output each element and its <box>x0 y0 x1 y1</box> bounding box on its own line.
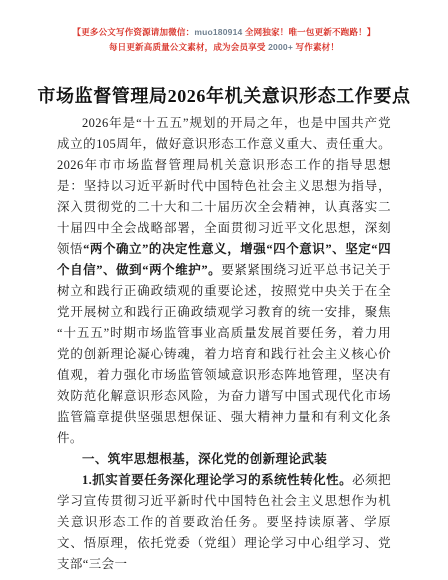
document-page: 【更多公文写作资源请加微信：muo180914 全网独家！唯一包更新不跑路！】 … <box>0 25 448 575</box>
header-notice: 【更多公文写作资源请加微信：muo180914 全网独家！唯一包更新不跑路！】 … <box>0 25 448 54</box>
document-title: 市场监督管理局2026年机关意识形态工作要点 <box>0 84 448 108</box>
notice-line-2-tail: 写作素材！ <box>293 42 339 52</box>
section-heading-1: 一、筑牢思想根基，深化党的创新理论武装 <box>57 449 391 470</box>
paragraph-intro: 2026年是“十五五”规划的开局之年，也是中国共产党成立的105周年，做好意识形… <box>57 113 391 449</box>
page-number: 1 <box>0 540 448 550</box>
notice-line-2-text: 每日更新高质量公文素材，成为会员享受 <box>109 42 268 52</box>
wechat-id: muo180914 <box>194 27 242 37</box>
paragraph-point-1: 1.抓实首要任务深化理论学习的系统性转化性。必须把学习宣传贯彻习近平新时代中国特… <box>57 470 391 575</box>
intro-run-3: 要紧紧围绕习近平总书记关于树立和践行正确政绩观的重要论述，按照党中央关于在全党开… <box>57 263 391 445</box>
notice-line-1: 【更多公文写作资源请加微信：muo180914 全网独家！唯一包更新不跑路！】 <box>0 25 448 40</box>
point-1-body: 必须把学习宣传贯彻习近平新时代中国特色社会主义思想作为机关意识形态工作的首要政治… <box>57 473 391 571</box>
notice-line-2: 每日更新高质量公文素材，成为会员享受 2000+ 写作素材！ <box>0 40 448 55</box>
point-1-lead-bold: 1.抓实首要任务深化理论学习的系统性转化性。 <box>82 473 352 487</box>
notice-line-1-text: 【更多公文写作资源请加微信： <box>73 27 195 37</box>
intro-run-1: 2026年是“十五五”规划的开局之年，也是中国共产党成立的105周年，做好意识形… <box>57 116 391 256</box>
document-body: 2026年是“十五五”规划的开局之年，也是中国共产党成立的105周年，做好意识形… <box>57 113 391 575</box>
material-count: 2000+ <box>268 42 293 52</box>
notice-line-1-tail: 全网独家！唯一包更新不跑路！】 <box>242 27 375 37</box>
section-heading-1-text: 一、筑牢思想根基，深化党的创新理论武装 <box>82 452 327 466</box>
